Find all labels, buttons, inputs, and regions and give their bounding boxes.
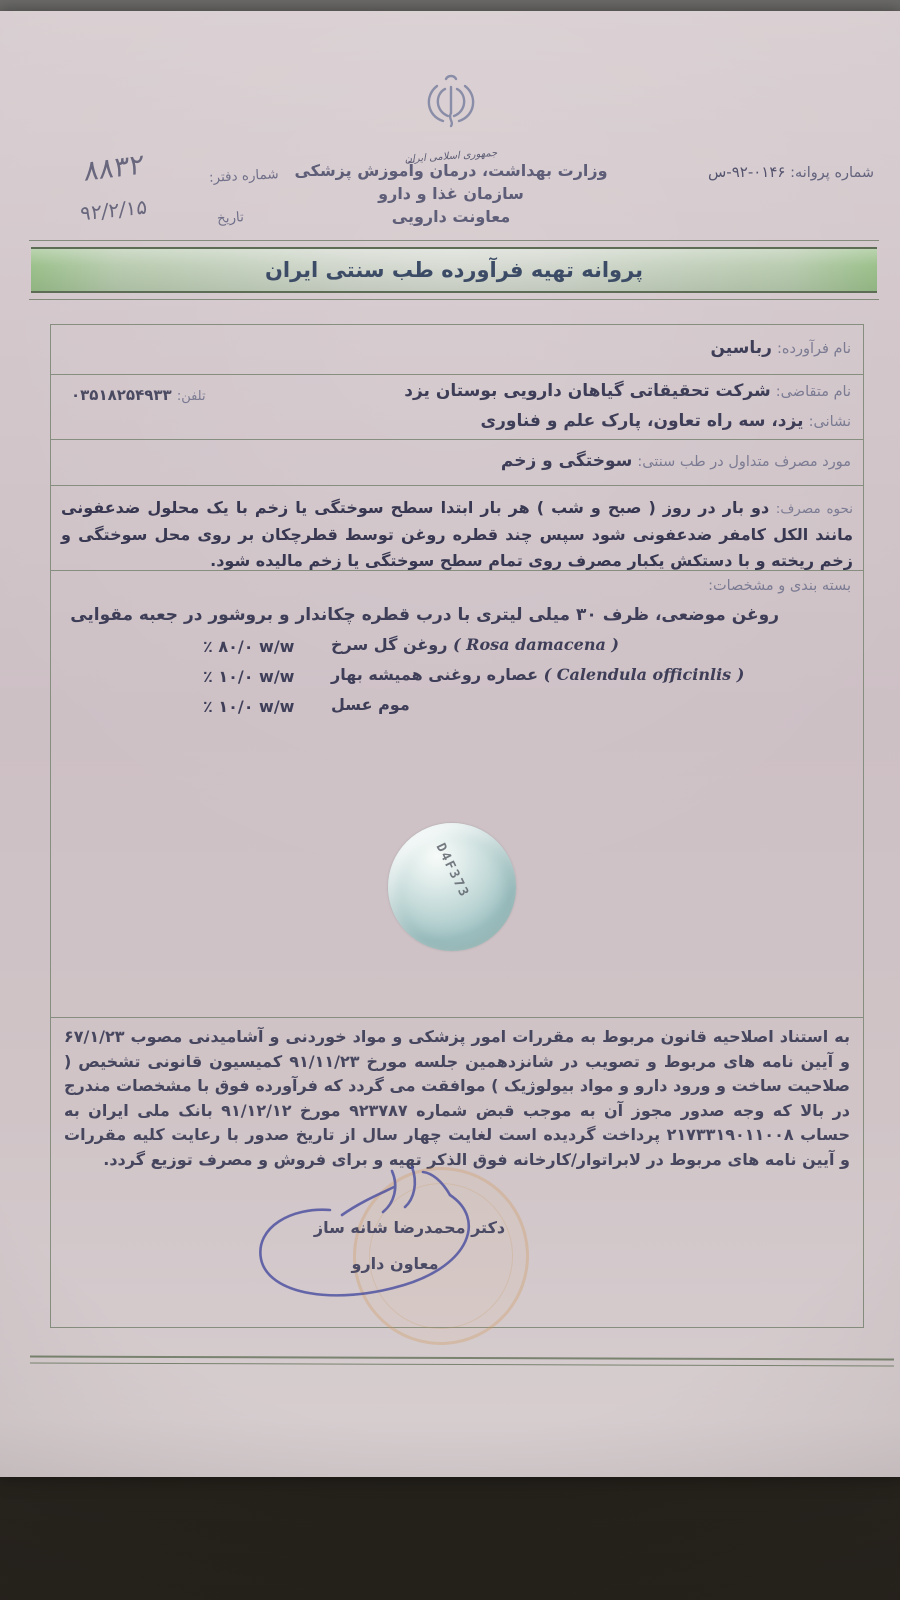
directions-row: نحوه مصرف: دو بار در روز ( صبح و شب ) هر… xyxy=(61,495,853,574)
phone-line: تلفن: ۰۳۵۱۸۲۵۴۹۳۳ xyxy=(71,385,206,404)
ingredient-amount: ٪ ۱۰/۰ w/w xyxy=(203,697,294,716)
license-number-value: ۰۱۴۶-۹۲-س xyxy=(708,163,786,181)
ministry-line-3: معاونت دارویی xyxy=(251,205,651,228)
ingredient-amount: ٪ ۸۰/۰ w/w xyxy=(203,637,294,656)
banner-bar: پروانه تهیه فرآورده طب سنتی ایران xyxy=(31,247,877,293)
allah-emblem-icon xyxy=(404,71,498,149)
ingredient-name: ( Rosa damacena ) روغن گل سرخ xyxy=(331,635,619,654)
packaging-label: بسته بندی و مشخصات: xyxy=(708,578,851,594)
signatory-name: دکتر محمدرضا شانه ساز xyxy=(297,1218,522,1237)
ingredient-latin-name: ( Rosa damacena ) xyxy=(453,635,619,654)
ingredient-name: موم عسل xyxy=(331,695,410,714)
applicant-label: نام متقاضی: xyxy=(776,384,851,400)
row-divider xyxy=(51,485,863,486)
row-divider xyxy=(51,439,863,440)
ingredient-fa-name: روغن گل سرخ xyxy=(331,635,447,654)
ingredient-name: ( Calendula officinlis ) عصاره روغنی همی… xyxy=(331,665,744,684)
directions-value: دو بار در روز ( صبح و شب ) هر بار ابتدا … xyxy=(61,498,853,570)
product-name-label: نام فرآورده: xyxy=(777,341,851,357)
legal-paragraph: به استناد اصلاحیه قانون مربوط به مقررات … xyxy=(64,1025,850,1172)
phone-label: تلفن: xyxy=(177,389,206,404)
form-table: نام فرآورده: رباسین نام متقاضی: شرکت تحق… xyxy=(50,324,864,1328)
row-divider xyxy=(51,1017,863,1018)
address-value: یزد، سه راه تعاون، پارک علم و فناوری xyxy=(481,411,804,431)
product-name-value: رباسین xyxy=(710,338,772,358)
license-number-line: شماره پروانه: ۰۱۴۶-۹۲-س xyxy=(708,163,874,181)
directions-label: نحوه مصرف: xyxy=(776,501,853,517)
ministry-line-1: وزارت بهداشت، درمان وآموزش پزشکی xyxy=(251,159,651,182)
ingredient-fa-name: عصاره روغنی همیشه بهار xyxy=(331,665,538,684)
signature-ink-icon xyxy=(242,1157,492,1317)
ingredient-fa-name: موم عسل xyxy=(331,695,410,714)
address-label: نشانی: xyxy=(809,414,851,430)
address-row: نشانی: یزد، سه راه تعاون، پارک علم و فنا… xyxy=(481,411,851,431)
date-handwritten: ۹۲/۲/۱۵ xyxy=(80,194,147,225)
packaging-value: روغن موضعی، ظرف ۳۰ میلی لیتری با درب قطر… xyxy=(70,605,779,625)
iran-coat-of-arms-icon xyxy=(404,71,498,149)
document-title: پروانه تهیه فرآورده طب سنتی ایران xyxy=(265,258,643,282)
indication-row: مورد مصرف متداول در طب سنتی: سوختگی و زخ… xyxy=(501,451,851,471)
office-number-handwritten: ۸۸۳۲ xyxy=(84,147,144,188)
hologram-sticker: D4F373 xyxy=(388,823,516,951)
title-banner: پروانه تهیه فرآورده طب سنتی ایران xyxy=(29,240,879,300)
document-paper: جمهوری اسلامی ایران وزارت بهداشت، درمان … xyxy=(0,11,900,1477)
row-divider xyxy=(51,374,863,375)
applicant-row: نام متقاضی: شرکت تحقیقاتی گیاهان دارویی … xyxy=(404,381,851,401)
indication-label: مورد مصرف متداول در طب سنتی: xyxy=(637,454,851,470)
sticker-code: D4F373 xyxy=(433,841,472,901)
phone-value: ۰۳۵۱۸۲۵۴۹۳۳ xyxy=(71,386,172,404)
banner-top-hairline xyxy=(29,240,879,241)
ministry-line-2: سازمان غذا و دارو xyxy=(251,182,651,205)
ministry-block: وزارت بهداشت، درمان وآموزش پزشکی سازمان … xyxy=(251,159,651,228)
license-number-label: شماره پروانه: xyxy=(790,165,874,181)
product-name-row: نام فرآورده: رباسین xyxy=(710,338,851,358)
banner-bottom-hairline xyxy=(29,299,879,300)
indication-value: سوختگی و زخم xyxy=(501,451,632,471)
applicant-value: شرکت تحقیقاتی گیاهان دارویی بوستان یزد xyxy=(404,381,770,401)
date-label: تاریخ xyxy=(216,209,244,227)
bottom-double-rule xyxy=(30,1355,894,1366)
signatory-title: معاون دارو xyxy=(315,1254,475,1273)
ingredient-latin-name: ( Calendula officinlis ) xyxy=(544,665,745,684)
ingredient-amount: ٪ ۱۰/۰ w/w xyxy=(203,667,294,686)
